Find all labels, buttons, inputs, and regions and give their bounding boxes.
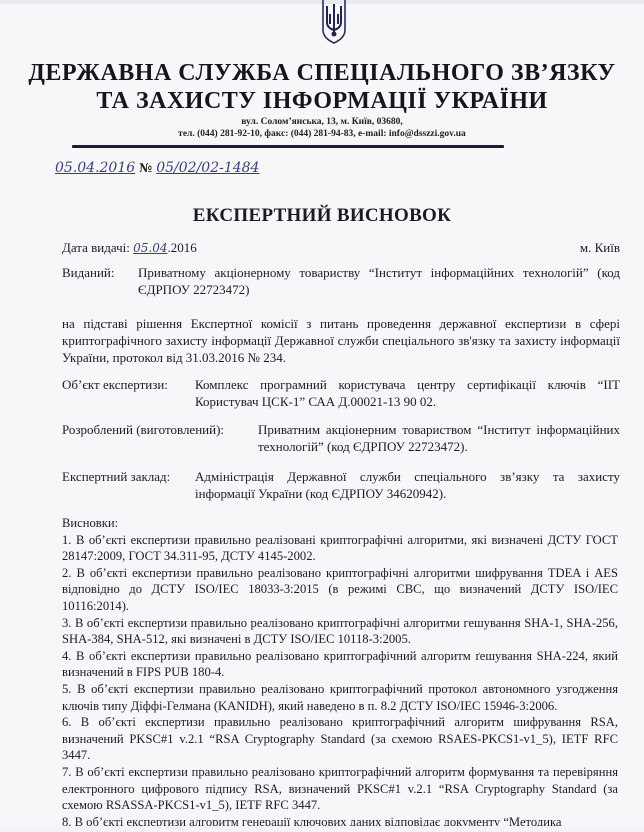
conclusion-item: 5. В об’єкті експертизи правильно реаліз… bbox=[62, 681, 618, 714]
conclusion-item: 2. В об’єкті експертизи правильно реаліз… bbox=[62, 565, 618, 615]
issue-date-year: .2016 bbox=[168, 240, 197, 255]
registration-date: 05.04.2016 bbox=[55, 160, 135, 176]
developer-value: Приватним акціонерним товариством “Інсти… bbox=[258, 421, 620, 455]
page-bottom-edge bbox=[0, 826, 644, 832]
issued-to-section: Виданий: Приватному акціонерному товарис… bbox=[62, 264, 620, 300]
expert-body-label: Експертний заклад: bbox=[62, 468, 170, 485]
conclusion-item: 6. В об’єкті експертизи правильно реаліз… bbox=[62, 714, 618, 764]
issued-to-label: Виданий: bbox=[62, 264, 115, 281]
object-label: Об’єкт експертизи: bbox=[62, 376, 168, 393]
registration-stamp: 05.04.2016№05/02/02-1484 bbox=[55, 160, 259, 176]
developer-section: Розроблений (виготовлений): Приватним ак… bbox=[62, 421, 620, 457]
expert-body-value: Адміністрація Державної служби спеціальн… bbox=[195, 468, 620, 502]
issue-date-row: Дата видачі: 05.04.2016 м. Київ bbox=[62, 240, 620, 256]
issue-city: м. Київ bbox=[580, 240, 620, 256]
organization-name-line2: ТА ЗАХИСТУ ІНФОРМАЦІЇ УКРАЇНИ bbox=[0, 88, 644, 115]
conclusion-item: 4. В об’єкті експертизи правильно реаліз… bbox=[62, 648, 618, 681]
conclusion-item: 7. В об’єкті експертизи правильно реаліз… bbox=[62, 764, 618, 814]
developer-label: Розроблений (виготовлений): bbox=[62, 421, 224, 438]
issue-date-label: Дата видачі: bbox=[62, 240, 130, 255]
document-page: ДЕРЖАВНА СЛУЖБА СПЕЦІАЛЬНОГО ЗВ’ЯЗКУ ТА … bbox=[0, 0, 644, 832]
document-title: ЕКСПЕРТНИЙ ВИСНОВОК bbox=[0, 205, 644, 227]
address-line: вул. Солом’янська, 13, м. Київ, 03680, bbox=[0, 117, 644, 127]
registration-number: 05/02/02-1484 bbox=[156, 160, 259, 176]
conclusion-item: 1. В об’єкті експертизи правильно реаліз… bbox=[62, 532, 618, 565]
organization-name-line1: ДЕРЖАВНА СЛУЖБА СПЕЦІАЛЬНОГО ЗВ’ЯЗКУ bbox=[0, 60, 644, 87]
object-value: Комплекс програмний користувача центру с… bbox=[195, 376, 620, 410]
expert-body-section: Експертний заклад: Адміністрація Державн… bbox=[62, 468, 620, 504]
number-sign: № bbox=[139, 161, 152, 175]
conclusions-section: Висновки: 1. В об’єкті експертизи правил… bbox=[62, 515, 618, 830]
letterhead-divider bbox=[72, 145, 504, 148]
basis-paragraph: на підставі рішення Експертної комісії з… bbox=[62, 315, 620, 366]
trident-emblem-icon bbox=[320, 0, 348, 44]
conclusion-item: 3. В об’єкті експертизи правильно реаліз… bbox=[62, 615, 618, 648]
contacts-line: тел. (044) 281-92-10, факс: (044) 281-94… bbox=[0, 129, 644, 139]
object-section: Об’єкт експертизи: Комплекс програмний к… bbox=[62, 376, 620, 412]
issue-date-handwritten: 05.04 bbox=[133, 241, 167, 255]
conclusions-label: Висновки: bbox=[62, 515, 618, 532]
issued-to-value: Приватному акціонерному товариству “Інст… bbox=[138, 264, 620, 298]
